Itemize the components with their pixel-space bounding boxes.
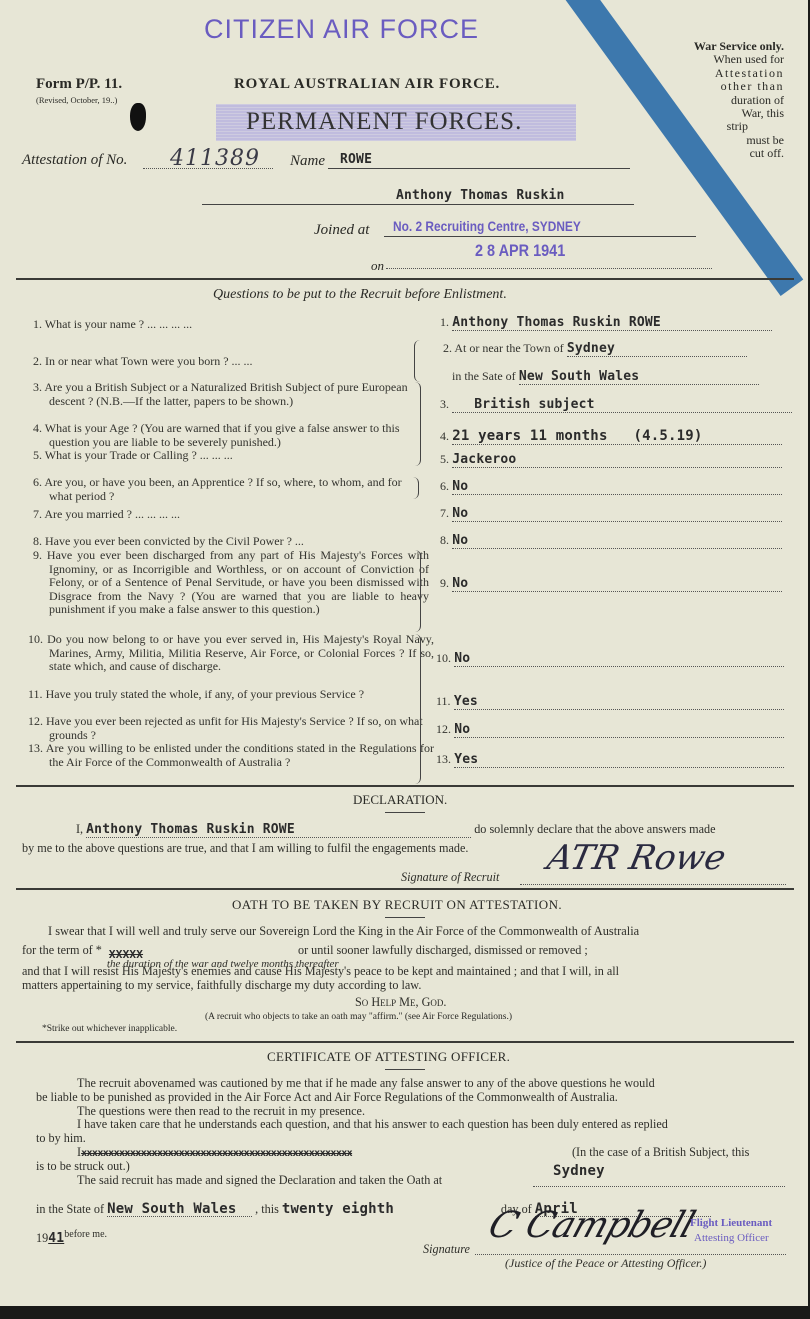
- punch-hole: [130, 103, 146, 131]
- question-1: 1. What is your name ? ... ... ... ...: [33, 318, 192, 332]
- answer-6: 6. No: [440, 478, 785, 495]
- answer-2-state: in the Sate of New South Wales: [452, 368, 785, 385]
- organisation-title: ROYAL AUSTRALIAN AIR FORCE.: [234, 76, 500, 93]
- attestation-number: 411389: [170, 146, 260, 171]
- oath-line-3: and that I will resist His Majesty's ene…: [22, 964, 619, 978]
- certificate-p3b: to by him.: [36, 1131, 86, 1145]
- question-11: 11. Have you truly stated the whole, if …: [28, 688, 434, 702]
- brace: [412, 477, 419, 499]
- recruit-signature: ATR Rowe: [544, 838, 730, 878]
- strip-note-line: War, this: [660, 107, 784, 120]
- divider: [16, 785, 794, 787]
- attestation-no-label: Attestation of No.: [22, 152, 127, 169]
- strip-note-line: strip: [660, 120, 784, 133]
- certificate-p4-note: (In the case of a British Subject, this: [572, 1145, 749, 1159]
- strip-note-line: must be: [660, 134, 784, 147]
- oath-line-2: for the term of * XXXXX the duration of …: [22, 943, 588, 957]
- answer-3: 3. British subject: [440, 396, 785, 413]
- divider: [16, 1041, 794, 1043]
- certificate-year-line: 1941before me.: [36, 1228, 107, 1246]
- form-number: Form P/P. 11.: [36, 76, 122, 93]
- oath-closing: So Help Me, God.: [355, 995, 446, 1009]
- certificate-title: CERTIFICATE OF ATTESTING OFFICER.: [267, 1049, 510, 1065]
- strip-note-line: cut off.: [660, 147, 784, 160]
- attestation-form: CITIZEN AIR FORCE Form P/P. 11. (Revised…: [0, 0, 808, 1306]
- title-underline: [385, 917, 425, 918]
- declaration-line-1: I, Anthony Thomas Ruskin ROWE do solemnl…: [76, 822, 716, 838]
- declaration-title: DECLARATION.: [353, 792, 447, 808]
- brace: [414, 550, 421, 632]
- question-6: 6. Are you, or have you been, an Apprent…: [33, 476, 409, 503]
- title-underline: [385, 1069, 425, 1070]
- certificate-p1b: be liable to be punished as provided in …: [36, 1090, 618, 1104]
- certificate-p5: The said recruit has made and signed the…: [77, 1173, 442, 1187]
- answer-9: 9. No: [440, 575, 785, 592]
- on-label: on: [371, 258, 384, 274]
- answer-10: 10. No: [436, 650, 785, 667]
- brace: [414, 382, 421, 466]
- oath-line-4: matters appertaining to my service, fait…: [22, 978, 421, 992]
- on-field: [386, 254, 712, 269]
- strip-note-line: Attestation: [660, 67, 784, 80]
- strip-note-line: When used for: [660, 53, 784, 66]
- question-3: 3. Are you a British Subject or a Natura…: [33, 381, 429, 408]
- oath-line-1: I swear that I will well and truly serve…: [48, 924, 639, 938]
- oath-place: Sydney: [553, 1163, 605, 1179]
- officer-signature-label: Signature: [423, 1242, 470, 1256]
- joined-at-label: Joined at: [314, 222, 369, 239]
- oath-title: OATH TO BE TAKEN BY RECRUIT ON ATTESTATI…: [232, 897, 562, 913]
- strip-note-line: other than: [660, 80, 784, 93]
- rank-stamp-2: Attesting Officer: [694, 1232, 769, 1244]
- jp-note: (Justice of the Peace or Attesting Offic…: [505, 1256, 706, 1270]
- certificate-p3a: I have taken care that he understands ea…: [77, 1117, 668, 1131]
- question-7: 7. Are you married ? ... ... ... ...: [33, 508, 180, 522]
- certificate-p1a: The recruit abovenamed was cautioned by …: [77, 1076, 655, 1090]
- declaration-line-2: by me to the above questions are true, a…: [22, 841, 468, 855]
- answer-4: 4. 21 years 11 months (4.5.19): [440, 428, 785, 445]
- question-8: 8. Have you ever been convicted by the C…: [33, 535, 304, 549]
- strip-note-line: duration of: [660, 94, 784, 107]
- affirm-note: (A recruit who objects to take an oath m…: [205, 1012, 512, 1022]
- citizen-air-force-stamp: CITIZEN AIR FORCE: [204, 14, 479, 45]
- answer-5: 5. Jackeroo: [440, 451, 785, 468]
- name-label: Name: [290, 153, 325, 170]
- title-underline: [385, 812, 425, 813]
- answer-12: 12. No: [436, 721, 785, 738]
- brace: [414, 634, 421, 784]
- rank-stamp-1: Flight Lieutenant: [690, 1217, 772, 1229]
- question-9: 9. Have you ever been discharged from an…: [33, 549, 429, 617]
- answer-2-town: 2. At or near the Town of Sydney: [443, 340, 785, 357]
- divider: [16, 278, 794, 280]
- question-13: 13. Are you willing to be enlisted under…: [28, 742, 434, 769]
- question-12: 12. Have you ever been rejected as unfit…: [28, 715, 434, 742]
- recruit-signature-label: Signature of Recruit: [401, 870, 499, 884]
- form-revised: (Revised, October, 19..): [36, 95, 117, 105]
- answer-8: 8. No: [440, 532, 785, 549]
- question-2: 2. In or near what Town were you born ? …: [33, 355, 253, 369]
- answer-11: 11. Yes: [436, 693, 785, 710]
- question-4: 4. What is your Age ? (You are warned th…: [33, 422, 429, 449]
- surname: ROWE: [340, 152, 372, 167]
- answer-13: 13. Yes: [436, 751, 785, 768]
- strip-note: War Service only. When used for Attestat…: [660, 40, 784, 161]
- divider: [16, 888, 794, 890]
- naturalization-struck: xxxxxxxxxxxxxxxxxxxxxxxxxxxxxxxxxxxxxxxx…: [81, 1148, 352, 1159]
- joined-at-stamp: No. 2 Recruiting Centre, SYDNEY: [393, 218, 581, 234]
- answer-7: 7. No: [440, 505, 785, 522]
- certificate-p4b: is to be struck out.): [36, 1159, 130, 1173]
- certificate-p2: The questions were then read to the recr…: [77, 1104, 365, 1118]
- strip-note-line: War Service only.: [660, 40, 784, 53]
- officer-signature: C Campbell: [483, 1205, 699, 1246]
- permanent-forces-title: PERMANENT FORCES.: [246, 108, 522, 136]
- questions-title: Questions to be put to the Recruit befor…: [213, 287, 507, 303]
- surname-field: [328, 152, 630, 169]
- given-names: Anthony Thomas Ruskin: [396, 188, 565, 203]
- oath-footnote: *Strike out whichever inapplicable.: [42, 1024, 177, 1034]
- answer-1: 1. Anthony Thomas Ruskin ROWE: [440, 314, 785, 331]
- question-10: 10. Do you now belong to or have you eve…: [28, 633, 434, 674]
- question-5: 5. What is your Trade or Calling ? ... .…: [33, 449, 233, 463]
- brace: [414, 340, 421, 382]
